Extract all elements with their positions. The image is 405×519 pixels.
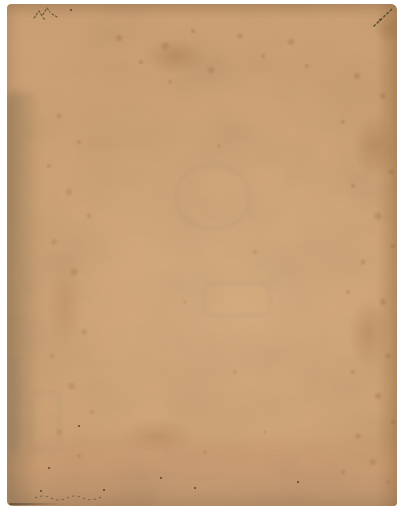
scan-frame — [0, 0, 405, 519]
ink-speck — [48, 467, 50, 469]
ink-speck — [78, 425, 80, 427]
ink-speck — [40, 490, 42, 492]
ink-speck — [160, 477, 162, 479]
bottom-edge-shadow-line — [9, 503, 63, 505]
pencil-scribble-mark — [31, 4, 65, 24]
bottom-squiggle-mark — [33, 492, 105, 502]
paper-page — [7, 4, 397, 506]
ink-speck — [194, 487, 196, 489]
ink-speck — [297, 481, 299, 483]
ink-speck — [103, 489, 105, 491]
ink-speck — [70, 9, 72, 11]
foxing-stains — [7, 4, 397, 506]
corner-scratch-mark — [371, 6, 397, 30]
